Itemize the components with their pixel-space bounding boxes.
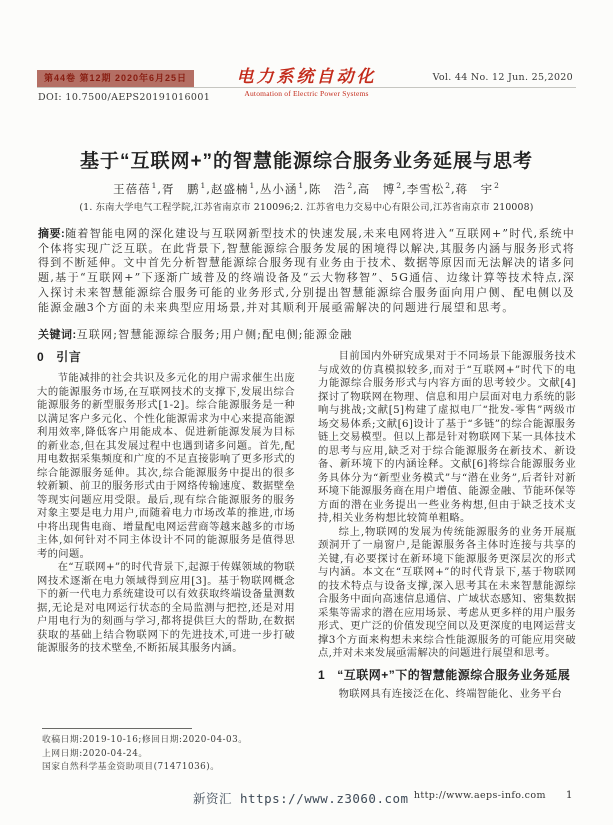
volume-info: Vol. 44 No. 12 Jun. 25,2020 — [433, 72, 573, 83]
authors-line: 王蓓蓓1,胥 鹏1,赵盛楠1,丛小涵1,陈 浩2,高 博2,李雪松2,蒋 宇2 — [0, 181, 613, 197]
section-0-para-1: 节能减排的社会共识及多元化的用户需求催生出庞大的能源服务市场,在互联网技术的支撑… — [37, 372, 295, 561]
journal-url: http://www.aeps-info.com — [414, 790, 546, 801]
author: 王蓓蓓1 — [113, 182, 157, 196]
author: 胥 鹏1 — [162, 182, 206, 196]
abstract-label: 摘要: — [38, 228, 65, 240]
footnote-rule — [42, 728, 192, 729]
author: 陈 浩2 — [309, 182, 353, 196]
right-para-2: 综上,物联网的发展为传统能源服务的业务开展瓶颈洞开了一扇窗户,是能源服务各主体时… — [318, 526, 576, 661]
journal-title-en: Automation of Electric Power Systems — [0, 89, 613, 98]
keywords-label: 关键词: — [38, 329, 77, 341]
page-number: 1 — [566, 789, 573, 801]
author: 高 博2 — [358, 182, 402, 196]
section-0-number: 0 — [37, 350, 44, 364]
abstract-text: 随着智能电网的深化建设与互联网新型技术的快速发展,未来电网将进入“互联网+”时代… — [38, 227, 575, 314]
page-title: 基于“互联网+”的智慧能源综合服务业务延展与思考 — [0, 146, 613, 173]
footnote-funding: 国家自然科学基金资助项目(71471036)。 — [42, 761, 307, 775]
keywords-block: 关键词:互联网;智慧能源综合服务;用户侧;配电侧;能源金融 — [38, 326, 575, 342]
section-0-title: 引言 — [56, 350, 81, 364]
author: 丛小涵1 — [260, 182, 304, 196]
section-0-para-2: 在“互联网+”的时代背景下,起源于传媒领域的物联网技术逐渐在电力领域得到应用[3… — [37, 561, 295, 656]
footnote-online: 上网日期:2020-04-24。 — [42, 748, 307, 762]
body-columns: 0引言 节能减排的社会共识及多元化的用户需求催生出庞大的能源服务市场,在互联网技… — [37, 350, 576, 792]
author: 蒋 宇2 — [456, 182, 500, 196]
left-column: 0引言 节能减排的社会共识及多元化的用户需求催生出庞大的能源服务市场,在互联网技… — [37, 350, 295, 726]
section-1-number: 1 — [318, 668, 325, 682]
abstract-block: 摘要:随着智能电网的深化建设与互联网新型技术的快速发展,未来电网将进入“互联网+… — [38, 227, 575, 315]
watermark-link: 新资汇 https://www.z3060.com — [193, 789, 409, 807]
page-footer: http://www.aeps-info.com 1 — [414, 789, 573, 801]
section-0-heading: 0引言 — [37, 350, 295, 365]
author: 李雪松2 — [407, 182, 451, 196]
journal-title-cn: 电力系统自动化 — [227, 62, 387, 87]
footnote-received: 收稿日期:2019-10-16;修回日期:2020-04-03。 — [42, 734, 307, 748]
right-para-1: 目前国内外研究成果对于不同场景下能源服务技术与成效的仿真模拟较多,而对于“互联网… — [318, 350, 576, 526]
author: 赵盛楠1 — [211, 182, 255, 196]
section-1-title: “互联网+”下的智慧能源综合服务业务延展 — [337, 668, 570, 682]
footnote-block: 收稿日期:2019-10-16;修回日期:2020-04-03。 上网日期:20… — [42, 728, 307, 775]
keywords-text: 互联网;智慧能源综合服务;用户侧;配电侧;能源金融 — [77, 328, 353, 341]
right-column: 目前国内外研究成果对于不同场景下能源服务技术与成效的仿真模拟较多,而对于“互联网… — [318, 350, 576, 792]
section-1-para-1: 物联网具有连接泛在化、终端智能化、业务平台 — [318, 688, 576, 702]
section-1-heading: 1“互联网+”下的智慧能源综合服务业务延展 — [318, 668, 576, 683]
affiliation: (1. 东南大学电气工程学院,江苏省南京市 210096;2. 江苏省电力交易中… — [0, 199, 613, 213]
